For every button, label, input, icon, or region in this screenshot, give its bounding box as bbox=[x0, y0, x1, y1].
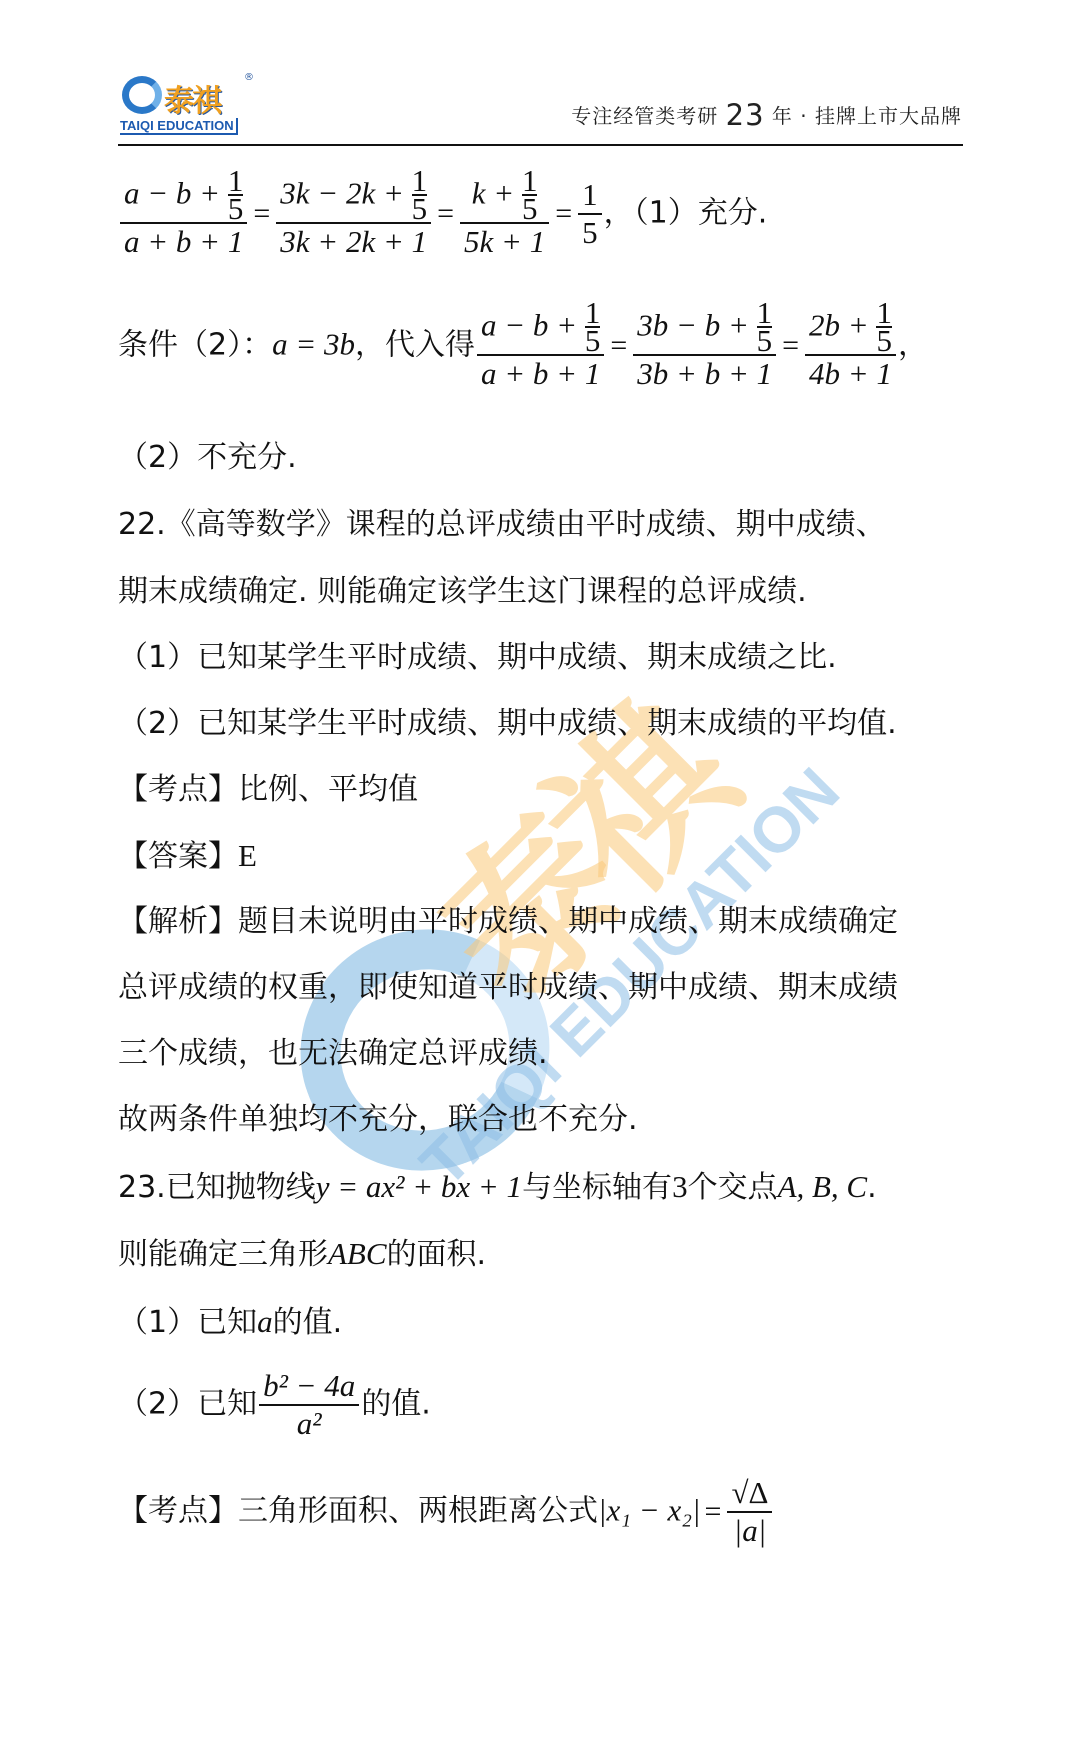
fraction-3: 2b + 15 4b + 1 bbox=[805, 300, 896, 392]
denominator: a + b + 1 bbox=[477, 356, 604, 392]
fraction-2: 3b − b + 15 3b + b + 1 bbox=[633, 300, 776, 392]
comma: ， bbox=[898, 328, 928, 363]
q23-stem-line1: 23.已知抛物线y = ax² + bx + 1与坐标轴有3个交点A, B, C… bbox=[118, 1167, 877, 1208]
analysis-text: 题目未说明由平时成绩、期中成绩、期末成绩确定 bbox=[238, 904, 898, 939]
equals: = bbox=[253, 197, 270, 230]
equals: = bbox=[782, 329, 799, 362]
kaodian-label: 【考点】 bbox=[118, 772, 238, 807]
numerator: 3b − b + bbox=[637, 308, 756, 343]
condition-formula: a = 3b bbox=[272, 327, 355, 362]
kaodian-label: 【考点】 bbox=[118, 1494, 238, 1529]
conclusion-1: ，（1）充分. bbox=[604, 196, 768, 231]
stem-text: 个交点 bbox=[688, 1170, 778, 1205]
analysis-label: 【解析】 bbox=[118, 904, 238, 939]
numerator: k + bbox=[472, 176, 522, 211]
equals: = bbox=[705, 1495, 722, 1528]
denominator: 5k + 1 bbox=[460, 224, 549, 260]
denominator: 4b + 1 bbox=[805, 356, 896, 392]
q22-stem-line2: 期末成绩确定. 则能确定该学生这门课程的总评成绩. bbox=[118, 572, 807, 612]
numerator: 3k − 2k + bbox=[280, 176, 411, 211]
distance-formula-lhs: |x₁ − x₂| bbox=[598, 1493, 701, 1528]
q22-condition-2: （2）已知某学生平时成绩、期中成绩、期末成绩的平均值. bbox=[118, 704, 897, 744]
equals: = bbox=[437, 197, 454, 230]
kaodian-text: 比例、平均值 bbox=[238, 772, 418, 807]
substitute-text: ，代入得 bbox=[355, 328, 475, 363]
numerator: 2b + bbox=[809, 308, 876, 343]
points-label: A, B, C bbox=[778, 1169, 868, 1204]
answer-label: 【答案】 bbox=[118, 839, 238, 874]
slogan-prefix: 专注经管类考研 bbox=[571, 104, 718, 128]
q22-conclusion: 故两条件单独均不充分，联合也不充分. bbox=[118, 1100, 638, 1140]
equals: = bbox=[610, 329, 627, 362]
kaodian-text: 三角形面积、两根距离公式 bbox=[238, 1494, 598, 1529]
document-page: 泰祺 ® TAIQI EDUCATION 专注经管类考研 23 年 · 挂牌上市… bbox=[0, 0, 1080, 1760]
q22-answer: 【答案】E bbox=[118, 836, 257, 877]
small-den: 5 bbox=[757, 328, 773, 354]
fraction-2: 3k − 2k + 15 3k + 2k + 1 bbox=[276, 168, 431, 260]
small-den: 5 bbox=[876, 328, 892, 354]
numerator: a − b + bbox=[481, 308, 585, 343]
condition-text: （2）已知 bbox=[118, 1387, 257, 1422]
variable-a: a bbox=[257, 1304, 273, 1339]
denominator: 3k + 2k + 1 bbox=[276, 224, 431, 260]
triangle-label: ABC bbox=[328, 1236, 387, 1271]
condition-label: 条件（2）： bbox=[118, 328, 272, 363]
q21-line1: a − b + 15 a + b + 1 = 3k − 2k + 15 3k +… bbox=[118, 168, 767, 260]
denominator: 3b + b + 1 bbox=[633, 356, 776, 392]
header-slogan: 专注经管类考研 23 年 · 挂牌上市大品牌 bbox=[571, 98, 962, 132]
fraction-3: k + 15 5k + 1 bbox=[460, 168, 549, 260]
q22-analysis-line3: 三个成绩，也无法确定总评成绩. bbox=[118, 1034, 548, 1074]
stem-text: 则能确定三角形 bbox=[118, 1237, 328, 1272]
slogan-years: 23 bbox=[726, 98, 765, 132]
numerator: 1 bbox=[578, 177, 602, 215]
q22-kaodian: 【考点】比例、平均值 bbox=[118, 770, 418, 810]
distance-formula-fraction: √Δ |a| bbox=[727, 1475, 772, 1549]
denominator: |a| bbox=[727, 1513, 772, 1549]
logo-english-text: TAIQI EDUCATION bbox=[120, 118, 238, 135]
small-den: 5 bbox=[412, 196, 428, 222]
numerator: √Δ bbox=[727, 1475, 772, 1513]
slogan-suffix: 年 · 挂牌上市大品牌 bbox=[772, 104, 962, 128]
period: . bbox=[867, 1170, 877, 1205]
condition-text: 的值. bbox=[273, 1305, 343, 1340]
q22-analysis-line1: 【解析】题目未说明由平时成绩、期中成绩、期末成绩确定 bbox=[118, 902, 898, 942]
intersection-count: 3 bbox=[672, 1169, 688, 1204]
q23-kaodian: 【考点】三角形面积、两根距离公式|x₁ − x₂|= √Δ |a| bbox=[118, 1475, 774, 1549]
logo-chinese-text: 泰祺 bbox=[164, 76, 220, 120]
registered-mark: ® bbox=[244, 72, 254, 83]
parabola-formula: y = ax² + bx + 1 bbox=[316, 1169, 522, 1204]
answer-value: E bbox=[238, 838, 257, 873]
denominator: a² bbox=[259, 1406, 359, 1442]
small-den: 5 bbox=[522, 196, 538, 222]
taiqi-logo: 泰祺 ® TAIQI EDUCATION bbox=[120, 74, 270, 140]
stem-text: 23.已知抛物线 bbox=[118, 1170, 316, 1205]
q22-stem-line1: 22.《高等数学》课程的总评成绩由平时成绩、期中成绩、 bbox=[118, 505, 886, 545]
equals: = bbox=[555, 197, 572, 230]
q23-stem-line2: 则能确定三角形ABC的面积. bbox=[118, 1234, 486, 1275]
stem-text: 的面积. bbox=[387, 1237, 487, 1272]
header-divider bbox=[118, 144, 963, 146]
q23-condition-1: （1）已知a的值. bbox=[118, 1302, 342, 1343]
denominator: 5 bbox=[578, 215, 602, 251]
small-den: 5 bbox=[585, 328, 601, 354]
condition-fraction: b² − 4a a² bbox=[259, 1368, 359, 1442]
fraction-4: 1 5 bbox=[578, 177, 602, 251]
q23-condition-2: （2）已知 b² − 4a a² 的值. bbox=[118, 1368, 431, 1442]
q22-analysis-line2: 总评成绩的权重，即使知道平时成绩、期中成绩、期末成绩 bbox=[118, 968, 898, 1008]
fraction-1: a − b + 15 a + b + 1 bbox=[120, 168, 247, 260]
q21-line2: 条件（2）：a = 3b，代入得 a − b + 15 a + b + 1 = … bbox=[118, 300, 928, 392]
numerator: b² − 4a bbox=[259, 1368, 359, 1406]
small-den: 5 bbox=[228, 196, 244, 222]
q22-condition-1: （1）已知某学生平时成绩、期中成绩、期末成绩之比. bbox=[118, 638, 837, 678]
condition-text: （1）已知 bbox=[118, 1305, 257, 1340]
logo-swirl-icon bbox=[122, 76, 162, 114]
denominator: a + b + 1 bbox=[120, 224, 247, 260]
numerator: a − b + bbox=[124, 176, 228, 211]
stem-text: 与坐标轴有 bbox=[522, 1170, 672, 1205]
q21-line3: （2）不充分. bbox=[118, 438, 297, 478]
condition-text: 的值. bbox=[361, 1387, 431, 1422]
fraction-1: a − b + 15 a + b + 1 bbox=[477, 300, 604, 392]
